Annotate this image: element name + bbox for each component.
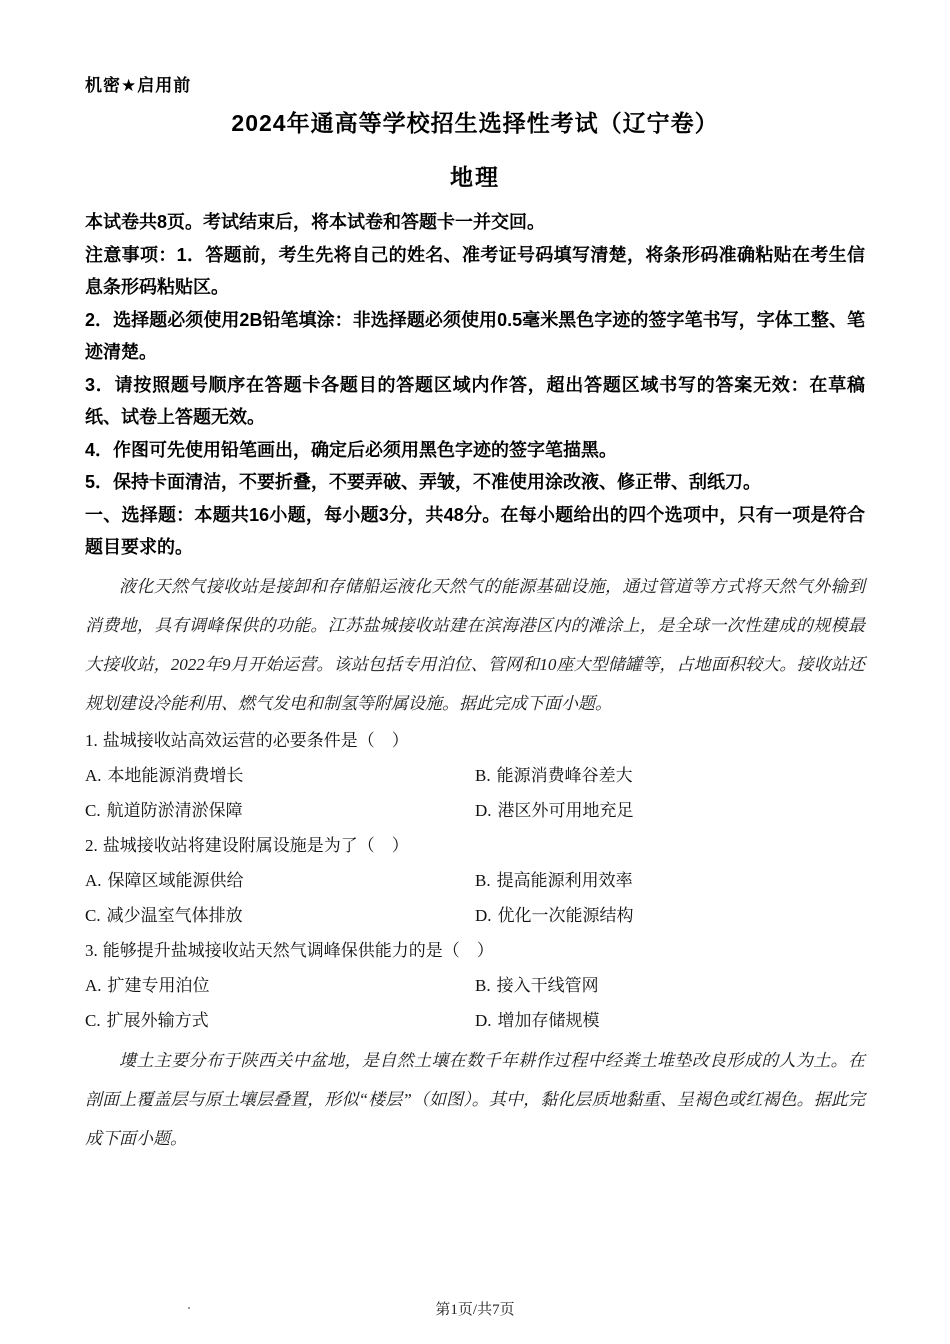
option-2-d-text: 优化一次能源结构 (498, 906, 634, 925)
section-header: 一、选择题：本题共16小题，每小题3分，共48分。在每小题给出的四个选项中，只有… (85, 499, 865, 564)
option-3-d: D.增加存储规模 (475, 1003, 865, 1038)
notice-item-2: 2．选择题必须使用2B铅笔填涂：非选择题必须使用0.5毫米黑色字迹的签字笔书写，… (85, 304, 865, 369)
option-1-d-label: D. (475, 801, 492, 820)
option-3-c: C.扩展外输方式 (85, 1003, 475, 1038)
option-1-c-text: 航道防淤清淤保障 (107, 801, 243, 820)
option-2-d: D.优化一次能源结构 (475, 898, 865, 933)
option-3-b-text: 接入干线管网 (497, 976, 599, 995)
question-3: 3.能够提升盐城接收站天然气调峰保供能力的是（ ） A.扩建专用泊位 B.接入干… (85, 933, 865, 1038)
option-3-b-label: B. (475, 976, 491, 995)
option-1-c: C.航道防淤清淤保障 (85, 793, 475, 828)
option-1-d: D.港区外可用地充足 (475, 793, 865, 828)
option-3-a-text: 扩建专用泊位 (108, 976, 210, 995)
question-2-number: 2. (85, 836, 98, 855)
option-2-a-text: 保障区域能源供给 (108, 871, 244, 890)
option-1-b: B.能源消费峰谷差大 (475, 758, 865, 793)
question-1: 1.盐城接收站高效运营的必要条件是（ ） A.本地能源消费增长 B.能源消费峰谷… (85, 723, 865, 828)
option-2-c-label: C. (85, 906, 101, 925)
question-3-options: A.扩建专用泊位 B.接入干线管网 C.扩展外输方式 D.增加存储规模 (85, 968, 865, 1038)
question-2-stem: 2.盐城接收站将建设附属设施是为了（ ） (85, 828, 865, 863)
option-2-c: C.减少温室气体排放 (85, 898, 475, 933)
option-1-a-text: 本地能源消费增长 (108, 766, 244, 785)
option-2-b-text: 提高能源利用效率 (497, 871, 633, 890)
option-3-c-label: C. (85, 1011, 101, 1030)
subject-title: 地理 (85, 162, 865, 192)
option-1-c-label: C. (85, 801, 101, 820)
exam-notice: 本试卷共8页。考试结束后，将本试卷和答题卡一并交回。 注意事项：1．答题前，考生… (85, 206, 865, 564)
question-1-options: A.本地能源消费增长 B.能源消费峰谷差大 C.航道防淤清淤保障 D.港区外可用… (85, 758, 865, 828)
passage-lng-station: 液化天然气接收站是接卸和存储船运液化天然气的能源基础设施，通过管道等方式将天然气… (85, 567, 865, 723)
option-2-d-label: D. (475, 906, 492, 925)
option-1-d-text: 港区外可用地充足 (498, 801, 634, 820)
question-2-options: A.保障区域能源供给 B.提高能源利用效率 C.减少温室气体排放 D.优化一次能… (85, 863, 865, 933)
question-3-text: 能够提升盐城接收站天然气调峰保供能力的是（ ） (103, 941, 494, 960)
notice-item-4: 4．作图可先使用铅笔画出，确定后必须用黑色字迹的签字笔描黑。 (85, 434, 865, 467)
option-2-a: A.保障区域能源供给 (85, 863, 475, 898)
option-3-d-text: 增加存储规模 (498, 1011, 600, 1030)
notice-item-5: 5．保持卡面清洁，不要折叠，不要弄破、弄皱，不准使用涂改液、修正带、刮纸刀。 (85, 466, 865, 499)
question-1-number: 1. (85, 731, 98, 750)
page-number-footer: 第1页/共7页 (0, 1298, 950, 1319)
option-1-b-label: B. (475, 766, 491, 785)
confidential-label: 机密★启用前 (85, 76, 865, 96)
option-3-b: B.接入干线管网 (475, 968, 865, 1003)
option-1-a: A.本地能源消费增长 (85, 758, 475, 793)
option-2-b-label: B. (475, 871, 491, 890)
exam-paper-page: 机密★启用前 2024年通高等学校招生选择性考试（辽宁卷） 地理 本试卷共8页。… (0, 0, 950, 1344)
question-1-stem: 1.盐城接收站高效运营的必要条件是（ ） (85, 723, 865, 758)
option-2-c-text: 减少温室气体排放 (107, 906, 243, 925)
option-1-b-text: 能源消费峰谷差大 (497, 766, 633, 785)
page-title: 2024年通高等学校招生选择性考试（辽宁卷） (85, 108, 865, 138)
question-1-text: 盐城接收站高效运营的必要条件是（ ） (103, 731, 409, 750)
question-3-number: 3. (85, 941, 98, 960)
option-1-a-label: A. (85, 766, 102, 785)
option-3-c-text: 扩展外输方式 (107, 1011, 209, 1030)
option-2-b: B.提高能源利用效率 (475, 863, 865, 898)
option-3-d-label: D. (475, 1011, 492, 1030)
option-3-a-label: A. (85, 976, 102, 995)
question-2-text: 盐城接收站将建设附属设施是为了（ ） (103, 836, 409, 855)
notice-item-1: 注意事项：1．答题前，考生先将自己的姓名、准考证号码填写清楚，将条形码准确粘贴在… (85, 239, 865, 304)
option-3-a: A.扩建专用泊位 (85, 968, 475, 1003)
option-2-a-label: A. (85, 871, 102, 890)
notice-intro: 本试卷共8页。考试结束后，将本试卷和答题卡一并交回。 (85, 206, 865, 239)
notice-item-3: 3．请按照题号顺序在答题卡各题目的答题区域内作答，超出答题区域书写的答案无效：在… (85, 369, 865, 434)
question-3-stem: 3.能够提升盐城接收站天然气调峰保供能力的是（ ） (85, 933, 865, 968)
passage-loess-soil: 塿土主要分布于陕西关中盆地，是自然土壤在数千年耕作过程中经粪土堆垫改良形成的人为… (85, 1041, 865, 1158)
question-2: 2.盐城接收站将建设附属设施是为了（ ） A.保障区域能源供给 B.提高能源利用… (85, 828, 865, 933)
